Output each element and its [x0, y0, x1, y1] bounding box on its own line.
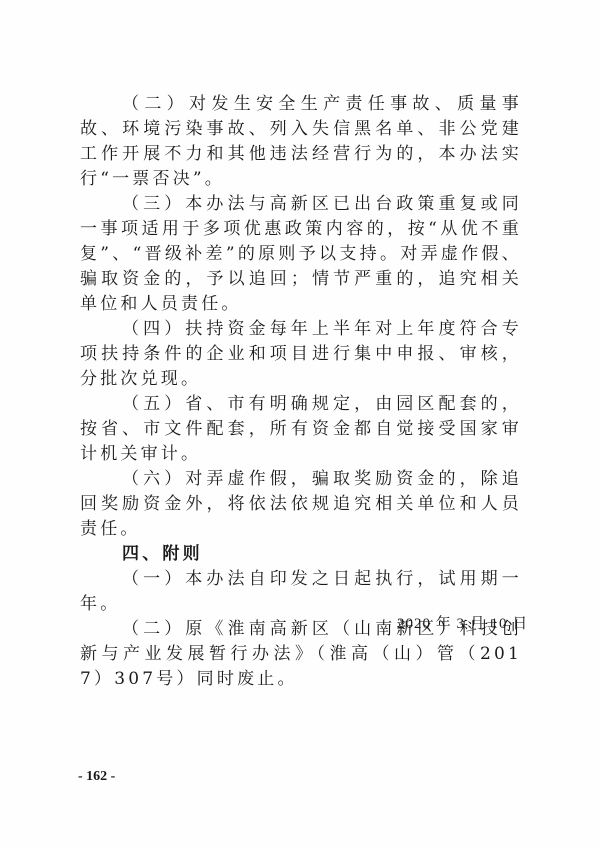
paragraph-provincial-matching: （五）省、市有明确规定，由园区配套的，按省、市文件配套，所有资金都自觉接受国家审… [80, 392, 522, 467]
paragraph-funding-schedule: （四）扶持资金每年上半年对上年度符合专项扶持条件的企业和项目进行集中申报、审核，… [80, 317, 522, 392]
paragraph-fraud-liability: （六）对弄虚作假，骗取奖励资金的，除追回奖励资金外，将依法依规追究相关单位和人员… [80, 467, 522, 542]
document-date: 2020 年 3 月 10 日 [397, 612, 528, 633]
page-number: - 162 - [78, 769, 115, 785]
paragraph-policy-overlap: （三）本办法与高新区已出台政策重复或同一事项适用于多项优惠政策内容的，按“从优不… [80, 192, 522, 317]
document-page: （二）对发生安全生产责任事故、质量事故、环境污染事故、列入失信黑名单、非公党建工… [0, 0, 600, 847]
document-body: （二）对发生安全生产责任事故、质量事故、环境污染事故、列入失信黑名单、非公党建工… [80, 92, 522, 692]
paragraph-effective-date: （一）本办法自印发之日起执行，试用期一年。 [80, 567, 522, 617]
paragraph-veto-clause: （二）对发生安全生产责任事故、质量事故、环境污染事故、列入失信黑名单、非公党建工… [80, 92, 522, 192]
section-heading-appendix: 四、附则 [80, 542, 522, 567]
